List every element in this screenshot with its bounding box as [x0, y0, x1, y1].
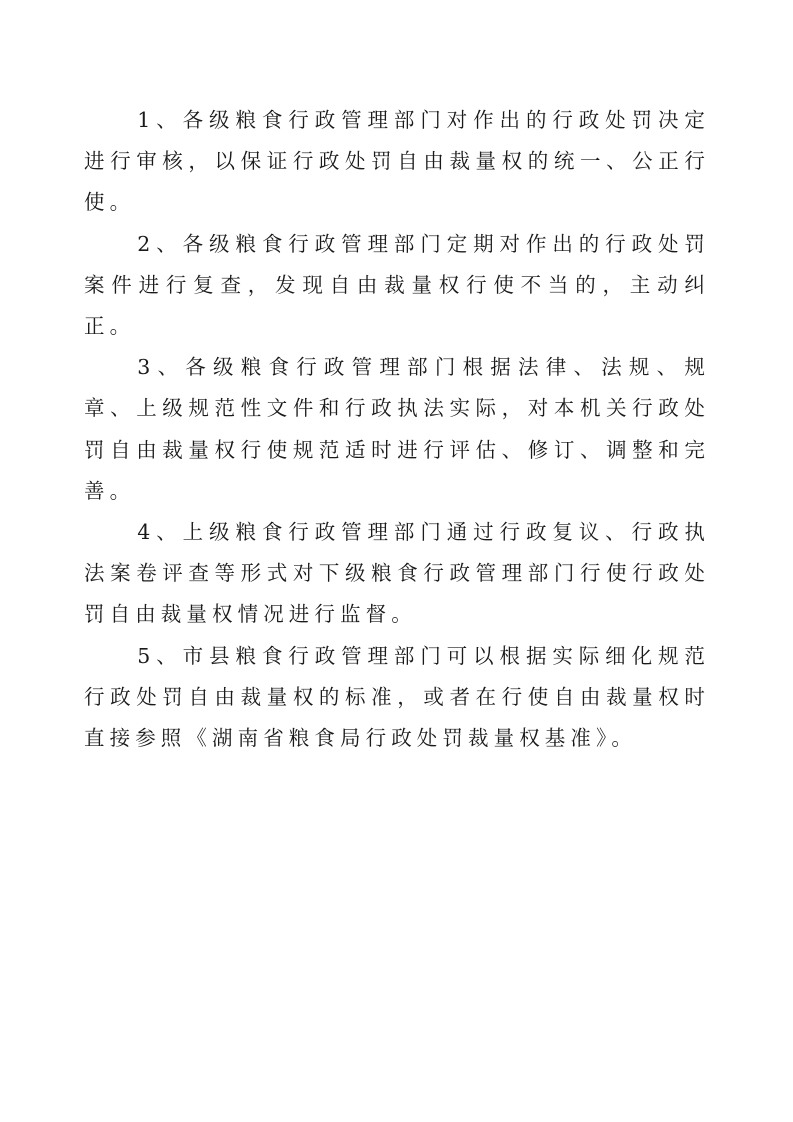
paragraph-1: 1、各级粮食行政管理部门对作出的行政处罚决定进行审核，以保证行政处罚自由裁量权的… [84, 100, 710, 224]
paragraph-2: 2、各级粮食行政管理部门定期对作出的行政处罚案件进行复查，发现自由裁量权行使不当… [84, 224, 710, 348]
paragraph-5: 5、市县粮食行政管理部门可以根据实际细化规范行政处罚自由裁量权的标准，或者在行使… [84, 636, 710, 760]
document-page: 1、各级粮食行政管理部门对作出的行政处罚决定进行审核，以保证行政处罚自由裁量权的… [84, 100, 710, 759]
paragraph-3: 3、各级粮食行政管理部门根据法律、法规、规章、上级规范性文件和行政执法实际，对本… [84, 347, 710, 512]
paragraph-4: 4、上级粮食行政管理部门通过行政复议、行政执法案卷评查等形式对下级粮食行政管理部… [84, 512, 710, 636]
